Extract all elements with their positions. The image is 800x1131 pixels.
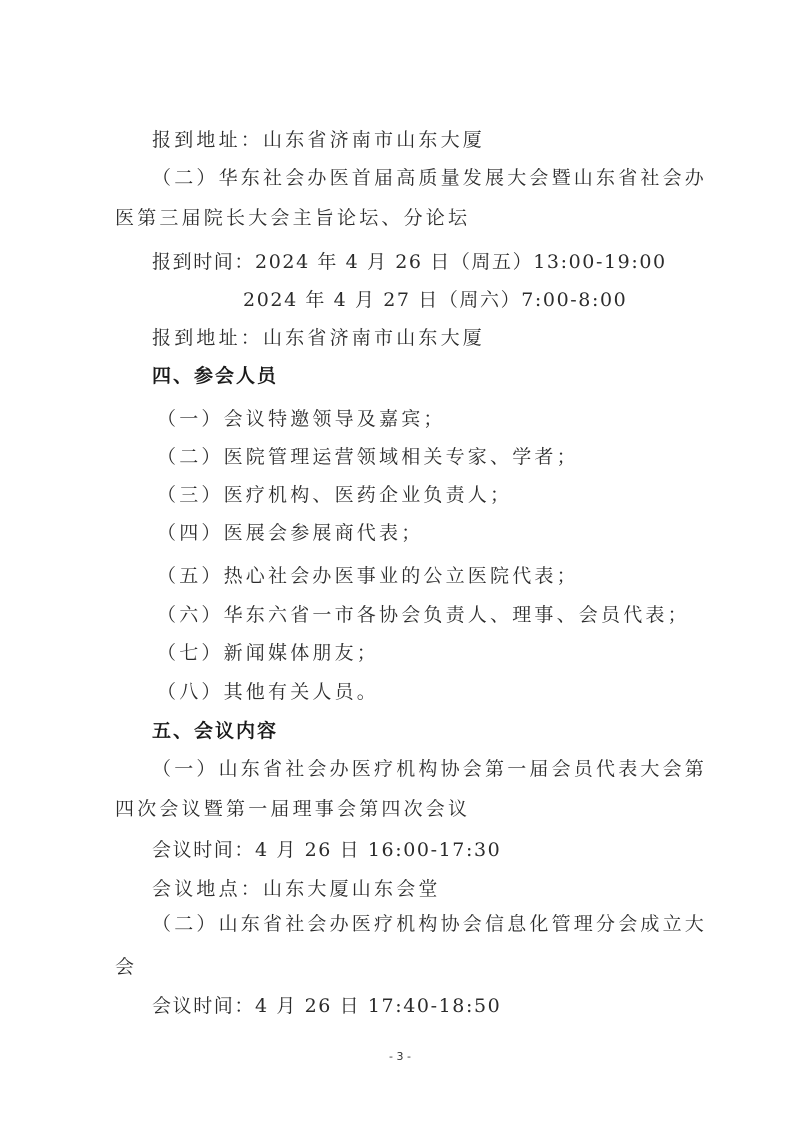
page-number: - 3 - <box>0 1050 800 1063</box>
meeting-item-2-time: 会议时间：4 月 26 日 17:40-18:50 <box>152 994 501 1018</box>
attendee-item-2: （二）医院管理运营领域相关专家、学者； <box>157 445 579 469</box>
attendee-item-8: （八）其他有关人员。 <box>157 680 379 704</box>
attendee-item-7: （七）新闻媒体朋友； <box>157 641 379 665</box>
meeting-item-1-time: 会议时间：4 月 26 日 16:00-17:30 <box>152 838 501 862</box>
registration-time-1: 报到时间：2024 年 4 月 26 日（周五）13:00-19:00 <box>152 250 667 274</box>
attendee-item-3: （三）医疗机构、医药企业负责人； <box>157 483 512 507</box>
heading-meeting-content: 五、会议内容 <box>152 719 278 743</box>
attendee-item-5: （五）热心社会办医事业的公立医院代表； <box>157 564 579 588</box>
meeting-item-1-title-line1: （一）山东省社会办医疗机构协会第一届会员代表大会第 <box>152 757 707 781</box>
meeting-item-2-title-line1: （二）山东省社会办医疗机构协会信息化管理分会成立大 <box>152 912 707 936</box>
attendee-item-4: （四）医展会参展商代表； <box>157 521 423 545</box>
meeting-item-2-title-line2: 会 <box>115 955 137 979</box>
attendee-item-1: （一）会议特邀领导及嘉宾； <box>157 407 446 431</box>
meeting-item-1-location: 会议地点：山东大厦山东会堂 <box>152 877 441 901</box>
registration-address-2: 报到地址：山东省济南市山东大厦 <box>152 326 485 350</box>
registration-time-2: 2024 年 4 月 27 日（周六）7:00-8:00 <box>243 288 627 312</box>
section-item-2-title-line2: 医第三届院长大会主旨论坛、分论坛 <box>115 206 470 230</box>
meeting-item-1-title-line2: 四次会议暨第一届理事会第四次会议 <box>115 797 470 821</box>
attendee-item-6: （六）华东六省一市各协会负责人、理事、会员代表； <box>157 603 690 627</box>
registration-address-1: 报到地址：山东省济南市山东大厦 <box>152 128 485 152</box>
heading-attendees: 四、参会人员 <box>152 364 278 388</box>
document-page: 报到地址：山东省济南市山东大厦 （二）华东社会办医首届高质量发展大会暨山东省社会… <box>0 0 800 1131</box>
section-item-2-title-line1: （二）华东社会办医首届高质量发展大会暨山东省社会办 <box>152 166 707 190</box>
